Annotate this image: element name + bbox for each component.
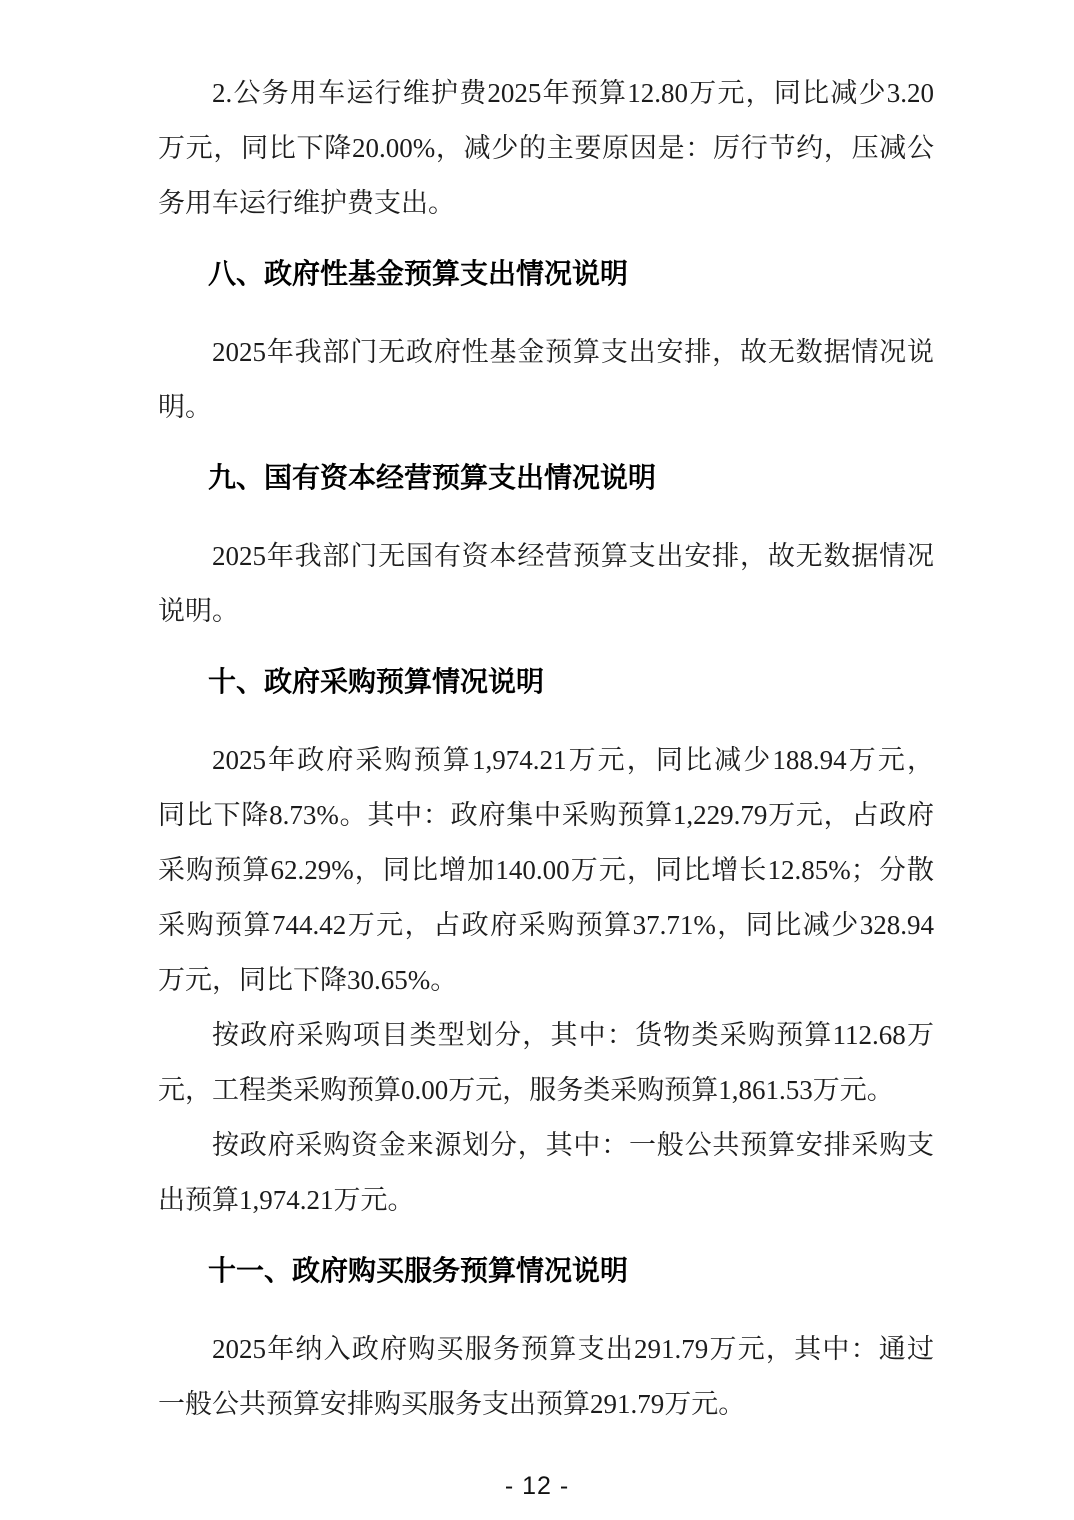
paragraph-procurement-by-source: 按政府采购资金来源划分，其中：一般公共预算安排采购支 出预算1,974.21万元… bbox=[158, 1118, 934, 1228]
heading-section-9: 九、国有资本经营预算支出情况说明 bbox=[158, 450, 934, 505]
text-line: 元，工程类采购预算0.00万元，服务类采购预算1,861.53万元。 bbox=[158, 1063, 934, 1118]
text-line: 明。 bbox=[158, 380, 934, 435]
text-line: 务用车运行维护费支出。 bbox=[158, 176, 934, 231]
paragraph-procurement-overview: 2025年政府采购预算1,974.21万元，同比减少188.94万元， 同比下降… bbox=[158, 733, 934, 1008]
text-line: 2.公务用车运行维护费2025年预算12.80万元，同比减少3.20 bbox=[158, 66, 934, 121]
text-line: 按政府采购资金来源划分，其中：一般公共预算安排采购支 bbox=[158, 1118, 934, 1173]
text-line: 出预算1,974.21万元。 bbox=[158, 1173, 934, 1228]
text-line: 万元，同比下降20.00%，减少的主要原因是：厉行节约，压减公 bbox=[158, 121, 934, 176]
paragraph-section-9: 2025年我部门无国有资本经营预算支出安排，故无数据情况 说明。 bbox=[158, 529, 934, 639]
text-line: 2025年我部门无国有资本经营预算支出安排，故无数据情况 bbox=[158, 529, 934, 584]
text-line: 同比下降8.73%。其中：政府集中采购预算1,229.79万元，占政府 bbox=[158, 788, 934, 843]
text-line: 采购预算744.42万元，占政府采购预算37.71%，同比减少328.94 bbox=[158, 898, 934, 953]
paragraph-vehicle-maintenance: 2.公务用车运行维护费2025年预算12.80万元，同比减少3.20 万元，同比… bbox=[158, 66, 934, 231]
text-line: 万元，同比下降30.65%。 bbox=[158, 953, 934, 1008]
document-content: 2.公务用车运行维护费2025年预算12.80万元，同比减少3.20 万元，同比… bbox=[158, 66, 934, 1432]
page-number: - 12 - bbox=[0, 1472, 1074, 1501]
paragraph-purchased-services: 2025年纳入政府购买服务预算支出291.79万元，其中：通过 一般公共预算安排… bbox=[158, 1322, 934, 1432]
paragraph-section-8: 2025年我部门无政府性基金预算支出安排，故无数据情况说 明。 bbox=[158, 325, 934, 435]
text-line: 2025年我部门无政府性基金预算支出安排，故无数据情况说 bbox=[158, 325, 934, 380]
document-page: 2.公务用车运行维护费2025年预算12.80万元，同比减少3.20 万元，同比… bbox=[0, 0, 1074, 1520]
text-line: 2025年纳入政府购买服务预算支出291.79万元，其中：通过 bbox=[158, 1322, 934, 1377]
text-line: 一般公共预算安排购买服务支出预算291.79万元。 bbox=[158, 1377, 934, 1432]
heading-section-10: 十、政府采购预算情况说明 bbox=[158, 654, 934, 709]
text-line: 按政府采购项目类型划分，其中：货物类采购预算112.68万 bbox=[158, 1008, 934, 1063]
heading-section-11: 十一、政府购买服务预算情况说明 bbox=[158, 1243, 934, 1298]
text-line: 说明。 bbox=[158, 584, 934, 639]
text-line: 采购预算62.29%，同比增加140.00万元，同比增长12.85%；分散 bbox=[158, 843, 934, 898]
text-line: 2025年政府采购预算1,974.21万元，同比减少188.94万元， bbox=[158, 733, 934, 788]
paragraph-procurement-by-type: 按政府采购项目类型划分，其中：货物类采购预算112.68万 元，工程类采购预算0… bbox=[158, 1008, 934, 1118]
heading-section-8: 八、政府性基金预算支出情况说明 bbox=[158, 246, 934, 301]
